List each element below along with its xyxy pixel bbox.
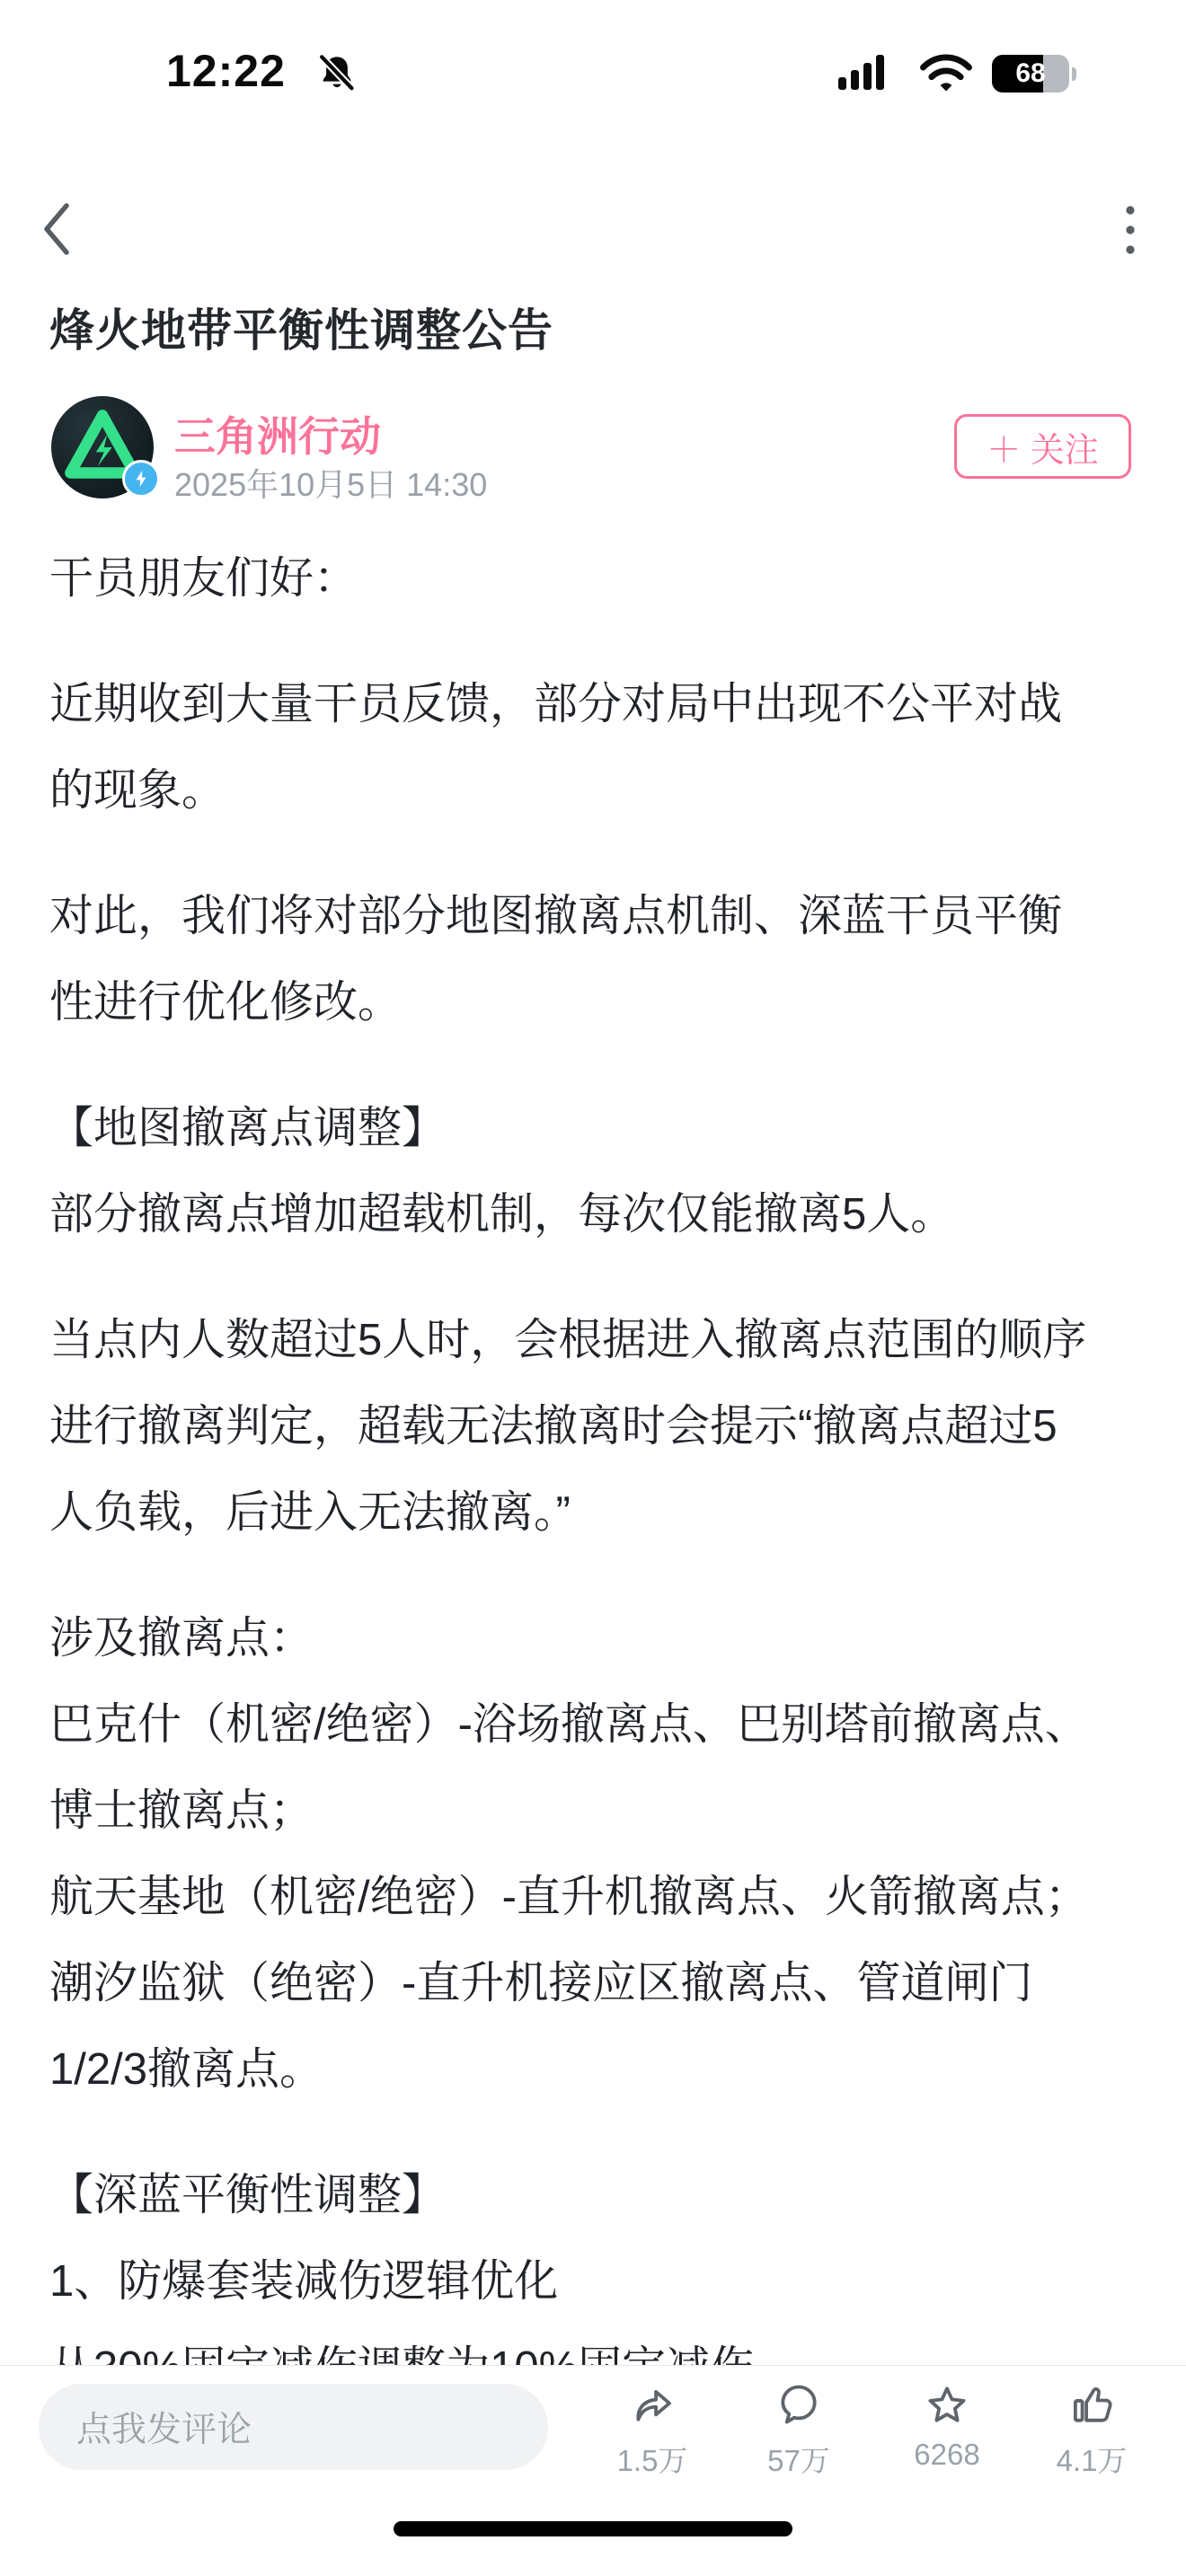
comment-input[interactable]: 点我发评论: [39, 2384, 548, 2470]
follow-button[interactable]: ＋ 关注: [954, 414, 1131, 479]
publish-date: 2025年10月5日 14:30: [174, 460, 487, 506]
paragraph: 对此，我们将对部分地图撤离点机制、深蓝干员平衡 性进行优化修改。: [49, 873, 1123, 1045]
author-name[interactable]: 三角洲行动: [174, 404, 381, 463]
paragraph: 干员朋友们好：: [49, 535, 1123, 622]
favorite-count: 6268: [914, 2438, 979, 2472]
battery-icon: 68: [992, 55, 1069, 93]
like-count: 4.1万: [1057, 2438, 1128, 2480]
favorite-star-icon: [921, 2378, 973, 2430]
share-count: 1.5万: [617, 2438, 688, 2480]
status-time: 12:22: [166, 45, 286, 97]
paragraph: 近期收到大量干员反馈，部分对局中出现不公平对战 的现象。: [49, 661, 1123, 834]
like-button[interactable]: 4.1万: [1020, 2378, 1164, 2480]
comment-placeholder: 点我发评论: [76, 2402, 252, 2452]
back-chevron-icon[interactable]: [34, 198, 79, 260]
page-title: 烽火地带平衡性调整公告: [49, 295, 1137, 359]
favorite-button[interactable]: 6268: [875, 2378, 1019, 2472]
share-arrow-icon: [626, 2378, 678, 2430]
like-thumb-icon: [1066, 2378, 1118, 2430]
comment-button[interactable]: 57万: [727, 2378, 871, 2480]
paragraph: 【地图撤离点调整】 部分撤离点增加超载机制，每次仅能撤离5人。: [49, 1085, 1123, 1257]
bottom-action-bar: 点我发评论 1.5万 57万 6268: [0, 2365, 1186, 2576]
wifi-icon: [918, 52, 974, 93]
comment-bubble-icon: [773, 2378, 825, 2430]
battery-percent: 68: [1015, 58, 1045, 89]
lightning-bolt-badge-icon: [122, 460, 160, 498]
paragraph: 【深蓝平衡性调整】 1、防爆套装减伤逻辑优化 从30%固定减伤调整为10%固定减…: [49, 2152, 1123, 2365]
share-button[interactable]: 1.5万: [580, 2378, 724, 2480]
paragraph: 当点内人数超过5人时，会根据进入撤离点范围的顺序 进行撤离判定，超载无法撤离时会…: [49, 1297, 1123, 1556]
home-indicator[interactable]: [394, 2521, 792, 2536]
battery-cap: [1072, 67, 1076, 81]
more-kebab-icon[interactable]: [1125, 203, 1136, 260]
article-body: 干员朋友们好： 近期收到大量干员反馈，部分对局中出现不公平对战 的现象。 对此，…: [49, 535, 1123, 2365]
paragraph: 涉及撤离点： 巴克什（机密/绝密）-浴场撤离点、巴别塔前撤离点、 博士撤离点； …: [49, 1595, 1123, 2113]
mute-bell-icon: [316, 52, 358, 93]
comment-count: 57万: [767, 2438, 830, 2480]
cellular-signal-icon: [838, 54, 884, 90]
